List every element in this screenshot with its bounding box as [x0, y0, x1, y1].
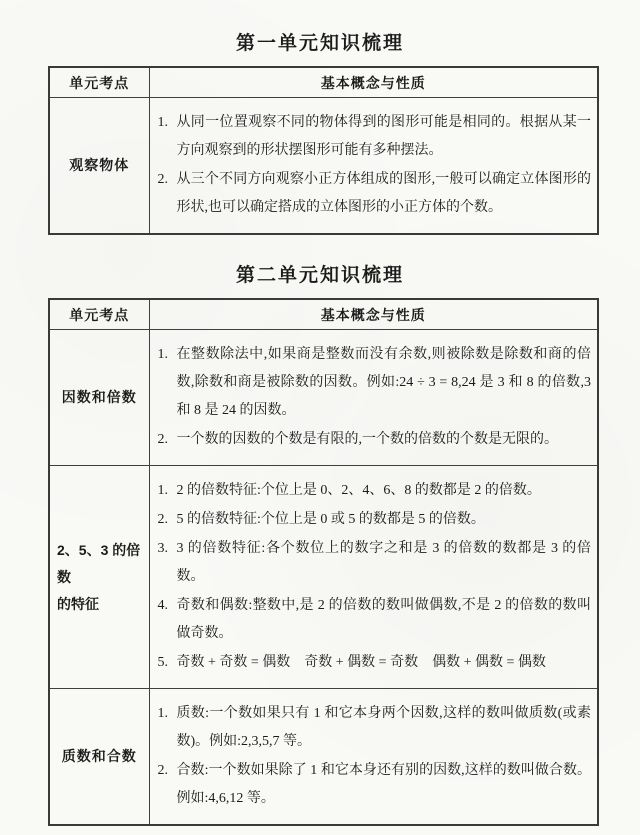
topic-cell: 因数和倍数	[49, 330, 149, 466]
table-row: 观察物体1.从同一位置观察不同的物体得到的图形可能是相同的。根据从某一方向观察到…	[49, 98, 598, 235]
point-item: 1.在整数除法中,如果商是整数而没有余数,则被除数是除数和商的倍数,除数和商是被…	[158, 341, 592, 425]
point-text: 合数:一个数如果除了 1 和它本身还有别的因数,这样的数叫做合数。例如:4,6,…	[177, 757, 592, 813]
worksheet-page: 第一单元知识梳理 单元考点 基本概念与性质 观察物体1.从同一位置观察不同的物体…	[0, 0, 640, 835]
point-number: 5.	[158, 649, 177, 677]
point-text: 一个数的因数的个数是有限的,一个数的倍数的个数是无限的。	[177, 426, 592, 454]
table-header-row: 单元考点 基本概念与性质	[49, 299, 598, 330]
topic-line: 质数和合数	[54, 743, 145, 770]
point-item: 1.从同一位置观察不同的物体得到的图形可能是相同的。根据从某一方向观察到的形状摆…	[158, 109, 592, 165]
point-text: 奇数 + 奇数 = 偶数 奇数 + 偶数 = 奇数 偶数 + 偶数 = 偶数	[177, 649, 592, 677]
point-number: 1.	[158, 341, 177, 425]
point-item: 2.从三个不同方向观察小正方体组成的图形,一般可以确定立体图形的形状,也可以确定…	[158, 166, 592, 222]
knowledge-table-unit1: 单元考点 基本概念与性质 观察物体1.从同一位置观察不同的物体得到的图形可能是相…	[48, 66, 599, 235]
points-cell: 1.从同一位置观察不同的物体得到的图形可能是相同的。根据从某一方向观察到的形状摆…	[149, 98, 598, 235]
topic-cell: 2、5、3 的倍数的特征	[49, 466, 149, 689]
topic-cell: 观察物体	[49, 98, 149, 235]
point-text: 在整数除法中,如果商是整数而没有余数,则被除数是除数和商的倍数,除数和商是被除数…	[177, 341, 592, 425]
header-cell-content: 基本概念与性质	[149, 299, 598, 330]
table-row: 因数和倍数1.在整数除法中,如果商是整数而没有余数,则被除数是除数和商的倍数,除…	[49, 330, 598, 466]
point-item: 2.5 的倍数特征:个位上是 0 或 5 的数都是 5 的倍数。	[158, 506, 592, 534]
point-item: 3.3 的倍数特征:各个数位上的数字之和是 3 的倍数的数都是 3 的倍数。	[158, 535, 592, 591]
point-text: 从三个不同方向观察小正方体组成的图形,一般可以确定立体图形的形状,也可以确定搭成…	[177, 166, 592, 222]
section-title-unit1: 第一单元知识梳理	[0, 32, 640, 56]
topic-line: 因数和倍数	[54, 384, 145, 411]
topic-line: 的特征	[57, 591, 145, 618]
point-number: 2.	[158, 426, 177, 454]
point-text: 质数:一个数如果只有 1 和它本身两个因数,这样的数叫做质数(或素数)。例如:2…	[177, 700, 592, 756]
point-text: 2 的倍数特征:个位上是 0、2、4、6、8 的数都是 2 的倍数。	[177, 477, 592, 505]
header-cell-topic: 单元考点	[49, 67, 149, 98]
section-unit2: 第二单元知识梳理 单元考点 基本概念与性质 因数和倍数1.在整数除法中,如果商是…	[0, 264, 640, 826]
topic-line: 观察物体	[54, 152, 145, 179]
point-number: 1.	[158, 477, 177, 505]
point-text: 5 的倍数特征:个位上是 0 或 5 的数都是 5 的倍数。	[177, 506, 592, 534]
section-unit1: 第一单元知识梳理 单元考点 基本概念与性质 观察物体1.从同一位置观察不同的物体…	[0, 32, 640, 235]
point-number: 3.	[158, 535, 177, 591]
table-header-row: 单元考点 基本概念与性质	[49, 67, 598, 98]
point-number: 2.	[158, 166, 177, 222]
section-title-unit2: 第二单元知识梳理	[0, 264, 640, 288]
point-item: 2.合数:一个数如果除了 1 和它本身还有别的因数,这样的数叫做合数。例如:4,…	[158, 757, 592, 813]
header-cell-content: 基本概念与性质	[149, 67, 598, 98]
points-cell: 1.在整数除法中,如果商是整数而没有余数,则被除数是除数和商的倍数,除数和商是被…	[149, 330, 598, 466]
knowledge-table-unit2: 单元考点 基本概念与性质 因数和倍数1.在整数除法中,如果商是整数而没有余数,则…	[48, 298, 599, 826]
point-number: 4.	[158, 592, 177, 648]
point-number: 1.	[158, 700, 177, 756]
topic-cell: 质数和合数	[49, 689, 149, 826]
point-number: 1.	[158, 109, 177, 165]
point-number: 2.	[158, 506, 177, 534]
point-text: 奇数和偶数:整数中,是 2 的倍数的数叫做偶数,不是 2 的倍数的数叫做奇数。	[177, 592, 592, 648]
point-text: 从同一位置观察不同的物体得到的图形可能是相同的。根据从某一方向观察到的形状摆图形…	[177, 109, 592, 165]
points-cell: 1.质数:一个数如果只有 1 和它本身两个因数,这样的数叫做质数(或素数)。例如…	[149, 689, 598, 826]
point-item: 1.2 的倍数特征:个位上是 0、2、4、6、8 的数都是 2 的倍数。	[158, 477, 592, 505]
point-text: 3 的倍数特征:各个数位上的数字之和是 3 的倍数的数都是 3 的倍数。	[177, 535, 592, 591]
point-number: 2.	[158, 757, 177, 813]
point-item: 5.奇数 + 奇数 = 偶数 奇数 + 偶数 = 奇数 偶数 + 偶数 = 偶数	[158, 649, 592, 677]
point-item: 1.质数:一个数如果只有 1 和它本身两个因数,这样的数叫做质数(或素数)。例如…	[158, 700, 592, 756]
topic-line: 2、5、3 的倍数	[57, 537, 145, 591]
table-row: 2、5、3 的倍数的特征1.2 的倍数特征:个位上是 0、2、4、6、8 的数都…	[49, 466, 598, 689]
point-item: 4.奇数和偶数:整数中,是 2 的倍数的数叫做偶数,不是 2 的倍数的数叫做奇数…	[158, 592, 592, 648]
points-cell: 1.2 的倍数特征:个位上是 0、2、4、6、8 的数都是 2 的倍数。2.5 …	[149, 466, 598, 689]
point-item: 2.一个数的因数的个数是有限的,一个数的倍数的个数是无限的。	[158, 426, 592, 454]
table-row: 质数和合数1.质数:一个数如果只有 1 和它本身两个因数,这样的数叫做质数(或素…	[49, 689, 598, 826]
header-cell-topic: 单元考点	[49, 299, 149, 330]
